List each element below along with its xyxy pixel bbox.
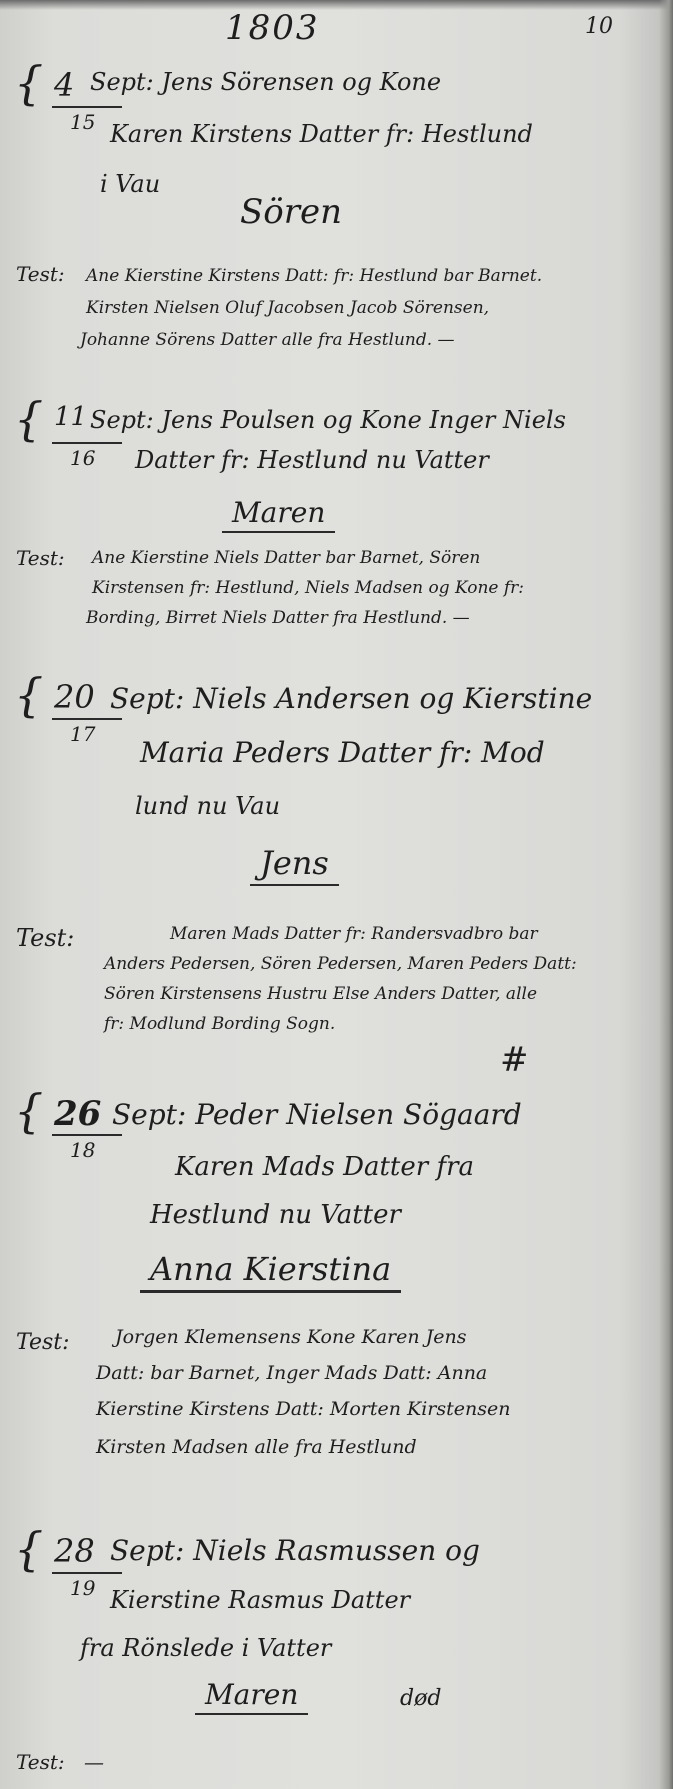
- baptism-entry: { 11 16 Sept: Jens Poulsen og Kone Inger…: [0, 398, 660, 638]
- brace-mark: {: [14, 396, 43, 442]
- page-binding-edge: [659, 0, 673, 1789]
- witness-line: Kierstine Kirstens Datt: Morten Kirstens…: [96, 1398, 510, 1420]
- entry-day: 28: [54, 1532, 95, 1570]
- child-name: Maren: [222, 496, 335, 533]
- entry-line: Sept: Niels Rasmussen og: [110, 1534, 480, 1567]
- witness-line: Datt: bar Barnet, Inger Mads Datt: Anna: [96, 1362, 487, 1384]
- entry-line: lund nu Vau: [135, 792, 280, 820]
- brace-mark: {: [14, 60, 43, 106]
- baptism-entry: { 4 15 Sept: Jens Sörensen og Kone Karen…: [0, 62, 660, 362]
- margin-rule: [52, 106, 122, 108]
- entry-line: Kierstine Rasmus Datter: [110, 1586, 410, 1614]
- margin-rule: [52, 1134, 122, 1136]
- baptism-entry: { 28 19 Sept: Niels Rasmussen og Kiersti…: [0, 1528, 660, 1788]
- entry-line: Sept: Peder Nielsen Sögaard: [112, 1098, 522, 1131]
- witness-line: Kirsten Madsen alle fra Hestlund: [96, 1436, 417, 1458]
- brace-mark: {: [14, 672, 43, 718]
- entry-sequence: 17: [70, 722, 95, 746]
- entry-day: 20: [54, 678, 95, 716]
- death-note: død: [400, 1686, 441, 1711]
- entry-line: i Vau: [100, 170, 160, 198]
- witness-label: Test:: [16, 1750, 65, 1774]
- witness-label: Test:: [16, 924, 74, 952]
- child-name: Maren: [195, 1678, 308, 1715]
- entry-line: Karen Kirstens Datter fr: Hestlund: [110, 120, 533, 148]
- witness-label: Test:: [16, 546, 65, 570]
- witness-line: fr: Modlund Bording Sogn.: [104, 1014, 335, 1034]
- baptism-entry: { 20 17 Sept: Niels Andersen og Kierstin…: [0, 674, 660, 1054]
- witness-line: Kirsten Nielsen Oluf Jacobsen Jacob Söre…: [86, 298, 489, 318]
- witness-line: Maren Mads Datter fr: Randersvadbro bar: [170, 924, 538, 944]
- witness-line: —: [84, 1750, 104, 1774]
- entry-sequence: 19: [70, 1576, 95, 1600]
- entry-line: fra Rönslede i Vatter: [80, 1634, 331, 1662]
- entry-line: Karen Mads Datter fra: [175, 1152, 474, 1182]
- page-top-shadow: [0, 0, 673, 10]
- brace-mark: {: [14, 1526, 43, 1572]
- witness-label: Test:: [16, 262, 65, 286]
- witness-line: Anders Pedersen, Sören Pedersen, Maren P…: [104, 954, 577, 974]
- entry-line: Sept: Jens Sörensen og Kone: [90, 68, 441, 96]
- witness-label: Test:: [16, 1330, 70, 1355]
- cross-hatch-mark: #: [500, 1040, 529, 1080]
- entry-day: 26: [54, 1094, 101, 1134]
- margin-rule: [52, 1572, 122, 1574]
- witness-line: Ane Kierstine Kirstens Datt: fr: Hestlun…: [86, 266, 542, 286]
- entry-line: Hestlund nu Vatter: [150, 1200, 401, 1230]
- register-page: 1803 10 { 4 15 Sept: Jens Sörensen og Ko…: [0, 0, 673, 1789]
- margin-rule: [52, 442, 122, 444]
- entry-sequence: 16: [70, 446, 95, 470]
- brace-mark: {: [14, 1088, 43, 1134]
- entry-day: 11: [54, 402, 87, 432]
- witness-line: Jorgen Klemensens Kone Karen Jens: [115, 1326, 466, 1348]
- witness-line: Johanne Sörens Datter alle fra Hestlund.…: [80, 330, 455, 350]
- child-name: Jens: [250, 844, 339, 886]
- page-number: 10: [585, 14, 613, 39]
- margin-rule: [52, 718, 122, 720]
- entry-line: Datter fr: Hestlund nu Vatter: [135, 446, 489, 474]
- witness-line: Bording, Birret Niels Datter fra Hestlun…: [86, 608, 470, 628]
- witness-line: Ane Kierstine Niels Datter bar Barnet, S…: [92, 548, 480, 568]
- entry-sequence: 15: [70, 110, 95, 134]
- entry-line: Sept: Niels Andersen og Kierstine: [110, 682, 592, 715]
- entry-line: Maria Peders Datter fr: Mod: [140, 736, 545, 769]
- entry-sequence: 18: [70, 1138, 95, 1162]
- year-heading: 1803: [225, 8, 320, 48]
- child-name: Anna Kierstina: [140, 1250, 401, 1293]
- entry-line: Sept: Jens Poulsen og Kone Inger Niels: [90, 406, 566, 434]
- witness-line: Sören Kirstensens Hustru Else Anders Dat…: [104, 984, 537, 1004]
- baptism-entry: { 26 18 Sept: Peder Nielsen Sögaard Kare…: [0, 1090, 660, 1490]
- witness-line: Kirstensen fr: Hestlund, Niels Madsen og…: [92, 578, 524, 598]
- child-name: Sören: [230, 192, 352, 234]
- entry-day: 4: [54, 66, 74, 104]
